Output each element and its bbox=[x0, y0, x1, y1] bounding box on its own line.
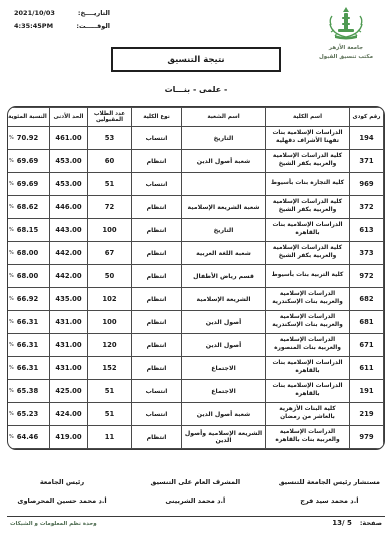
cell-college-code: 671 bbox=[350, 334, 384, 357]
cell-percentage: 65.38 % bbox=[7, 380, 50, 403]
cell-min-score: 431.00 bbox=[50, 357, 88, 380]
signature-name: أ.د محمد حسين المحرصاوى bbox=[12, 497, 112, 505]
office-name: مكتب تنسيق القبول bbox=[316, 53, 376, 62]
table-row: 671 الدراسات الإسلامية والعربية بنات الم… bbox=[7, 334, 384, 357]
col-header-percentage: النسبة المئوية bbox=[7, 108, 50, 127]
table-row: 191 الدراسات الإسلامية بنات بالقاهرة الا… bbox=[7, 380, 384, 403]
cell-college-code: 611 bbox=[350, 357, 384, 380]
cell-branch-name: التاريخ bbox=[182, 219, 266, 242]
cell-min-score: 424.00 bbox=[50, 403, 88, 426]
cell-branch-name: أصول الدين bbox=[182, 311, 266, 334]
cell-study-type: انتظام bbox=[132, 242, 182, 265]
percentage-value: 69.69 bbox=[17, 180, 39, 188]
cell-percentage: 66.31 % bbox=[7, 357, 50, 380]
cell-college-name: كلية الدراسات الإسلامية والعربية بكفر ال… bbox=[266, 196, 350, 219]
table-header-row: رقم كودى اسم الكلية اسم الشعبة نوع الكلي… bbox=[7, 108, 384, 127]
col-header-branch: اسم الشعبة bbox=[182, 108, 266, 127]
cell-min-score: 442.00 bbox=[50, 265, 88, 288]
percent-sign: % bbox=[9, 158, 14, 164]
cell-study-type: انتظام bbox=[132, 288, 182, 311]
cell-min-score: 425.00 bbox=[50, 380, 88, 403]
cell-percentage: 68.62 % bbox=[7, 196, 50, 219]
cell-branch-name bbox=[182, 173, 266, 196]
percent-sign: % bbox=[9, 181, 14, 187]
cell-branch-name: الشريعة الإسلامية bbox=[182, 288, 266, 311]
report-title-box: نتيجة التنسيق bbox=[111, 47, 281, 72]
percent-sign: % bbox=[9, 273, 14, 279]
cell-college-code: 969 bbox=[350, 173, 384, 196]
cell-accepted-count: 11 bbox=[88, 426, 132, 449]
cell-percentage: 69.69 % bbox=[7, 173, 50, 196]
cell-min-score: 431.00 bbox=[50, 311, 88, 334]
page-number: صفحة: 13/ 5 bbox=[332, 519, 382, 527]
cell-college-name: كلية التجارة بنات بأسيوط bbox=[266, 173, 350, 196]
cell-accepted-count: 100 bbox=[88, 219, 132, 242]
table-row: 219 كلية البنات الأزهرية بالعاشر من رمضا… bbox=[7, 403, 384, 426]
cell-study-type: انتظام bbox=[132, 426, 182, 449]
signatures-row: مستشار رئيس الجامعة للتنسيق أ.د محمد سيد… bbox=[12, 478, 380, 505]
percentage-value: 65.23 bbox=[17, 410, 39, 418]
percentage-value: 65.38 bbox=[17, 387, 39, 395]
signature-title: المشرف العام على التنسيق bbox=[145, 478, 245, 486]
table-row: 972 كلية التربية بنات بأسيوط قسم رياض ال… bbox=[7, 265, 384, 288]
table-row: 979 الدراسات الإسلامية والعربية بنات بال… bbox=[7, 426, 384, 449]
time-value: 4:35:45PM bbox=[14, 22, 53, 30]
results-table: رقم كودى اسم الكلية اسم الشعبة نوع الكلي… bbox=[7, 107, 384, 449]
percentage-value: 66.92 bbox=[17, 295, 39, 303]
cell-accepted-count: 53 bbox=[88, 127, 132, 150]
percent-sign: % bbox=[9, 250, 14, 256]
cell-college-name: كلية التربية بنات بأسيوط bbox=[266, 265, 350, 288]
cell-branch-name: الاجتماع bbox=[182, 380, 266, 403]
cell-college-name: كلية البنات الأزهرية بالعاشر من رمضان bbox=[266, 403, 350, 426]
report-meta: التاريــــخ: 2021/10/03 الوقـــــت: 4:35… bbox=[14, 9, 110, 35]
time-row: الوقـــــت: 4:35:45PM bbox=[14, 22, 110, 30]
cell-accepted-count: 100 bbox=[88, 311, 132, 334]
percentage-value: 64.46 bbox=[17, 433, 39, 441]
cell-study-type: انتساب bbox=[132, 127, 182, 150]
percentage-value: 69.69 bbox=[17, 157, 39, 165]
cell-study-type: انتظام bbox=[132, 357, 182, 380]
cell-branch-name: الشريعة الإسلامية وأصول الدين bbox=[182, 426, 266, 449]
cell-college-name: الدراسات الإسلامية بنات بالقاهرة bbox=[266, 380, 350, 403]
cell-percentage: 69.69 % bbox=[7, 150, 50, 173]
signature-block: مستشار رئيس الجامعة للتنسيق أ.د محمد سيد… bbox=[279, 478, 380, 505]
cell-percentage: 65.23 % bbox=[7, 403, 50, 426]
cell-branch-name: أصول الدين bbox=[182, 334, 266, 357]
percentage-value: 68.62 bbox=[17, 203, 39, 211]
cell-study-type: انتظام bbox=[132, 334, 182, 357]
percent-sign: % bbox=[9, 342, 14, 348]
cell-min-score: 435.00 bbox=[50, 288, 88, 311]
cell-college-code: 371 bbox=[350, 150, 384, 173]
cell-study-type: انتساب bbox=[132, 173, 182, 196]
percent-sign: % bbox=[9, 319, 14, 325]
percentage-value: 66.31 bbox=[17, 341, 39, 349]
cell-college-name: الدراسات الإسلامية والعربية بنات الإسكند… bbox=[266, 288, 350, 311]
cell-accepted-count: 120 bbox=[88, 334, 132, 357]
percent-sign: % bbox=[9, 227, 14, 233]
date-label: التاريــــخ: bbox=[78, 9, 110, 17]
cell-branch-name: شعبة اللغة العربية bbox=[182, 242, 266, 265]
cell-study-type: انتظام bbox=[132, 196, 182, 219]
cell-college-code: 191 bbox=[350, 380, 384, 403]
cell-college-code: 681 bbox=[350, 311, 384, 334]
results-table-frame: رقم كودى اسم الكلية اسم الشعبة نوع الكلي… bbox=[7, 106, 385, 450]
cell-college-code: 219 bbox=[350, 403, 384, 426]
percent-sign: % bbox=[9, 388, 14, 394]
percent-sign: % bbox=[9, 411, 14, 417]
table-row: 681 الدراسات الإسلامية والعربية بنات الإ… bbox=[7, 311, 384, 334]
cell-min-score: 442.00 bbox=[50, 242, 88, 265]
cell-college-code: 373 bbox=[350, 242, 384, 265]
cell-min-score: 453.00 bbox=[50, 150, 88, 173]
cell-branch-name: شعبة أصول الدين bbox=[182, 150, 266, 173]
cell-percentage: 68.00 % bbox=[7, 265, 50, 288]
col-header-min: الحد الأدنى bbox=[50, 108, 88, 127]
cell-study-type: انتظام bbox=[132, 150, 182, 173]
percentage-value: 66.31 bbox=[17, 318, 39, 326]
time-label: الوقـــــت: bbox=[76, 22, 110, 30]
cell-accepted-count: 51 bbox=[88, 403, 132, 426]
cell-percentage: 68.15 % bbox=[7, 219, 50, 242]
university-logo-icon bbox=[316, 4, 376, 44]
cell-percentage: 68.00 % bbox=[7, 242, 50, 265]
page-number-value: 13/ 5 bbox=[332, 519, 352, 527]
cell-branch-name: الاجتماع bbox=[182, 357, 266, 380]
cell-branch-name: التاريخ bbox=[182, 127, 266, 150]
table-body: 194 الدراسات الإسلامية بنات تفهنا الأشرا… bbox=[7, 127, 384, 449]
table-row: 372 كلية الدراسات الإسلامية والعربية بكف… bbox=[7, 196, 384, 219]
cell-percentage: 66.31 % bbox=[7, 311, 50, 334]
date-value: 2021/10/03 bbox=[14, 9, 55, 17]
cell-college-code: 194 bbox=[350, 127, 384, 150]
cell-branch-name: شعبة الشريعة الإسلامية bbox=[182, 196, 266, 219]
cell-college-name: الدراسات الإسلامية بنات بالقاهرة bbox=[266, 357, 350, 380]
cell-study-type: انتظام bbox=[132, 265, 182, 288]
cell-college-name: الدراسات الإسلامية والعربية بنات المنصور… bbox=[266, 334, 350, 357]
col-header-code: رقم كودى bbox=[350, 108, 384, 127]
cell-college-name: الدراسات الإسلامية والعربية بنات الإسكند… bbox=[266, 311, 350, 334]
university-name: جامعة الأزهر bbox=[316, 44, 376, 53]
cell-college-code: 613 bbox=[350, 219, 384, 242]
percent-sign: % bbox=[9, 434, 14, 440]
percentage-value: 70.92 bbox=[17, 134, 39, 142]
cell-min-score: 453.00 bbox=[50, 173, 88, 196]
university-logo-block: جامعة الأزهر مكتب تنسيق القبول bbox=[316, 4, 376, 63]
cell-min-score: 446.00 bbox=[50, 196, 88, 219]
cell-percentage: 64.46 % bbox=[7, 426, 50, 449]
cell-percentage: 66.31 % bbox=[7, 334, 50, 357]
cell-accepted-count: 60 bbox=[88, 150, 132, 173]
cell-branch-name: شعبة أصول الدين bbox=[182, 403, 266, 426]
signature-name: أ.د محمد الشربينى bbox=[145, 497, 245, 505]
cell-college-name: الدراسات الإسلامية بنات تفهنا الأشراف دق… bbox=[266, 127, 350, 150]
table-row: 969 كلية التجارة بنات بأسيوط انتساب 51 4… bbox=[7, 173, 384, 196]
signature-title: رئيس الجامعة bbox=[12, 478, 112, 486]
cell-study-type: انتظام bbox=[132, 311, 182, 334]
date-row: التاريــــخ: 2021/10/03 bbox=[14, 9, 110, 17]
table-row: 682 الدراسات الإسلامية والعربية بنات الإ… bbox=[7, 288, 384, 311]
cell-accepted-count: 51 bbox=[88, 173, 132, 196]
cell-min-score: 461.00 bbox=[50, 127, 88, 150]
percent-sign: % bbox=[9, 204, 14, 210]
cell-college-name: كلية الدراسات الإسلامية والعربية بكفر ال… bbox=[266, 242, 350, 265]
systems-unit-label: وحدة نظم المعلومات و الشبكات bbox=[10, 521, 97, 527]
cell-college-code: 972 bbox=[350, 265, 384, 288]
table-row: 613 الدراسات الإسلامية بنات بالقاهرة الت… bbox=[7, 219, 384, 242]
cell-college-name: الدراسات الإسلامية والعربية بنات بالقاهر… bbox=[266, 426, 350, 449]
cell-accepted-count: 67 bbox=[88, 242, 132, 265]
footer: صفحة: 13/ 5 وحدة نظم المعلومات و الشبكات bbox=[10, 519, 382, 527]
cell-percentage: 66.92 % bbox=[7, 288, 50, 311]
cell-min-score: 419.00 bbox=[50, 426, 88, 449]
cell-accepted-count: 51 bbox=[88, 380, 132, 403]
cell-college-name: الدراسات الإسلامية بنات بالقاهرة bbox=[266, 219, 350, 242]
cell-accepted-count: 102 bbox=[88, 288, 132, 311]
percentage-value: 68.00 bbox=[17, 249, 39, 257]
page-number-label: صفحة: bbox=[360, 519, 382, 527]
cell-accepted-count: 72 bbox=[88, 196, 132, 219]
cell-college-code: 372 bbox=[350, 196, 384, 219]
col-header-type: نوع الكلية bbox=[132, 108, 182, 127]
cell-college-name: كلية الدراسات الإسلامية والعربية بكفر ال… bbox=[266, 150, 350, 173]
table-row: 194 الدراسات الإسلامية بنات تفهنا الأشرا… bbox=[7, 127, 384, 150]
percent-sign: % bbox=[9, 365, 14, 371]
cell-study-type: انتساب bbox=[132, 380, 182, 403]
percent-sign: % bbox=[9, 296, 14, 302]
table-row: 611 الدراسات الإسلامية بنات بالقاهرة الا… bbox=[7, 357, 384, 380]
cell-branch-name: قسم رياض الأطفال bbox=[182, 265, 266, 288]
cell-college-code: 682 bbox=[350, 288, 384, 311]
percentage-value: 68.15 bbox=[17, 226, 39, 234]
cell-college-code: 979 bbox=[350, 426, 384, 449]
signature-block: رئيس الجامعة أ.د محمد حسين المحرصاوى bbox=[12, 478, 112, 505]
cell-min-score: 431.00 bbox=[50, 334, 88, 357]
signature-name: أ.د محمد سيد فرج bbox=[279, 497, 380, 505]
col-header-count: عدد الطلاب المقبولين bbox=[88, 108, 132, 127]
cell-study-type: انتظام bbox=[132, 219, 182, 242]
percent-sign: % bbox=[9, 135, 14, 141]
cell-accepted-count: 50 bbox=[88, 265, 132, 288]
col-header-college: اسم الكلية bbox=[266, 108, 350, 127]
table-row: 371 كلية الدراسات الإسلامية والعربية بكف… bbox=[7, 150, 384, 173]
cell-accepted-count: 152 bbox=[88, 357, 132, 380]
table-row: 373 كلية الدراسات الإسلامية والعربية بكف… bbox=[7, 242, 384, 265]
cell-min-score: 443.00 bbox=[50, 219, 88, 242]
cell-percentage: 70.92 % bbox=[7, 127, 50, 150]
cell-study-type: انتساب bbox=[132, 403, 182, 426]
footer-divider bbox=[7, 516, 385, 517]
signature-title: مستشار رئيس الجامعة للتنسيق bbox=[279, 478, 380, 486]
signature-block: المشرف العام على التنسيق أ.د محمد الشربي… bbox=[145, 478, 245, 505]
report-title: نتيجة التنسيق bbox=[167, 55, 224, 65]
percentage-value: 68.00 bbox=[17, 272, 39, 280]
report-subtitle: - علمى - بنـــات bbox=[0, 85, 392, 94]
report-page: التاريــــخ: 2021/10/03 الوقـــــت: 4:35… bbox=[0, 0, 392, 555]
percentage-value: 66.31 bbox=[17, 364, 39, 372]
